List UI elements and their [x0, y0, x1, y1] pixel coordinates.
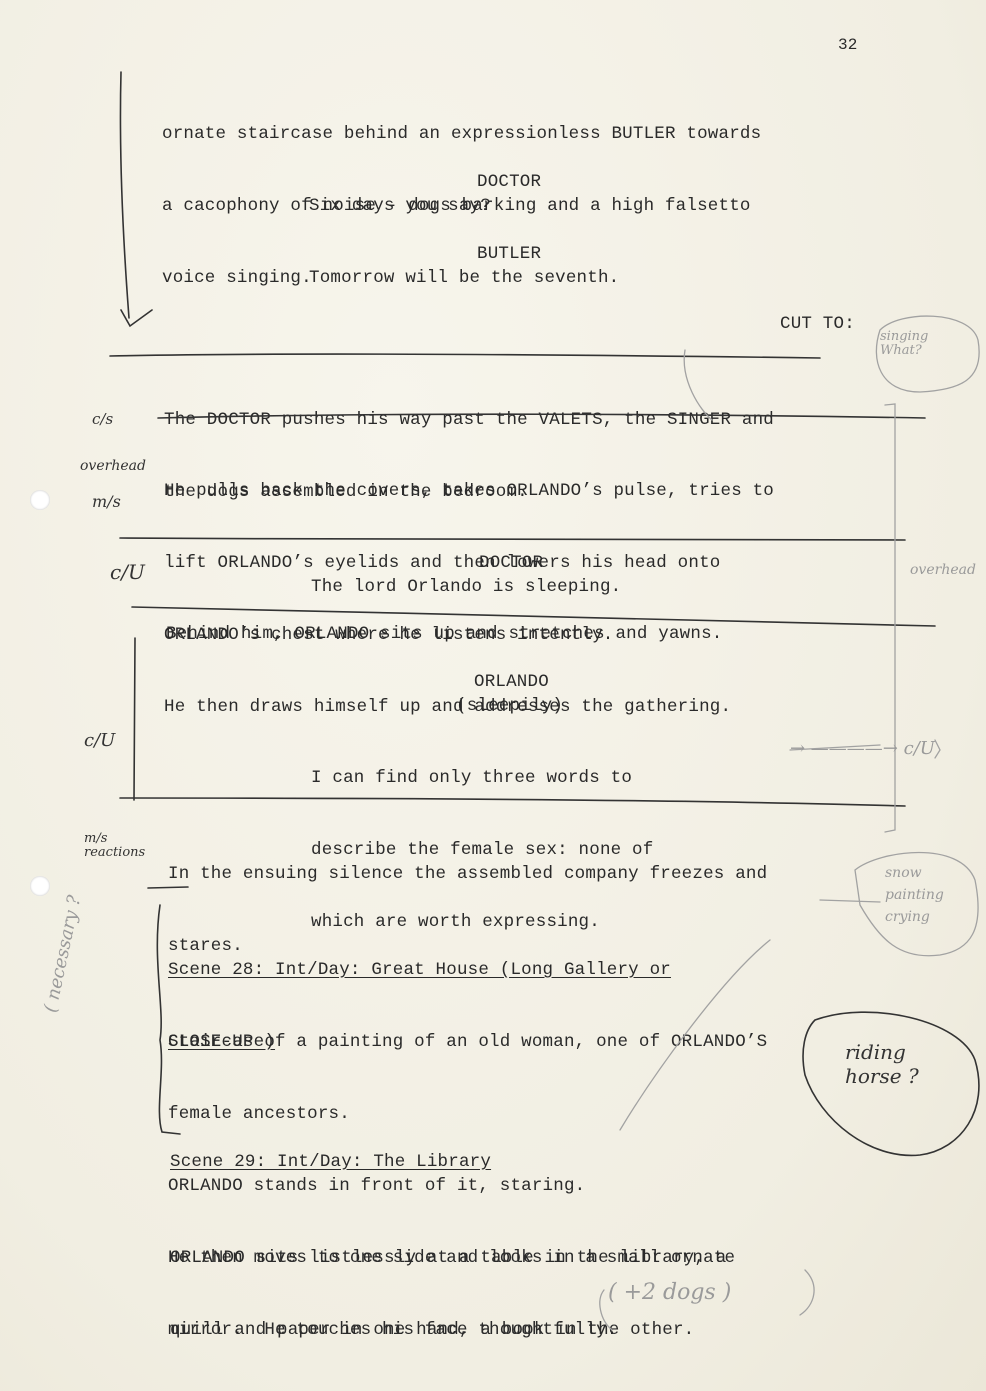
dialogue: The lord Orlando is sleeping. [311, 575, 621, 599]
line: In the ensuing silence the assembled com… [168, 862, 767, 886]
note-arrow-cu: → ————→ c/U [790, 738, 935, 759]
punch-hole [30, 876, 50, 896]
note-necessary: ( necessary ? [40, 894, 85, 1015]
note-cu: c/U [110, 560, 145, 584]
parenthetical: (sleepily) [456, 694, 563, 718]
transition: CUT TO: [780, 312, 855, 336]
note-cs: c/s [92, 410, 113, 428]
line: ornate staircase behind an expressionles… [162, 122, 761, 146]
script-page: 32 ornate staircase behind an expression… [0, 0, 986, 1391]
note-plus-two-dogs: ( +2 dogs ) [608, 1280, 731, 1305]
note-ms: m/s [92, 492, 121, 511]
page-number: 32 [838, 33, 858, 57]
note-snow-painting: snow painting crying [885, 862, 944, 928]
line: ORLANDO stands in front of it, staring. [168, 1174, 767, 1198]
line: lift ORLANDO’s eyelids and then lowers h… [164, 551, 774, 575]
line: ORLANDO sits listlessly at a table in th… [170, 1246, 727, 1270]
line: Scene 28: Int/Day: Great House (Long Gal… [168, 958, 671, 982]
note-cu: c/U [84, 730, 115, 751]
line: female ancestors. [168, 1102, 767, 1126]
character-cue: BUTLER [477, 242, 541, 266]
dialogue: Tomorrow will be the seventh. [309, 266, 619, 290]
line: quill and paper in one hand, a book in t… [170, 1318, 727, 1342]
punch-hole [30, 490, 50, 510]
note-riding-horse: riding horse ? [845, 1040, 919, 1088]
line: I can find only three words to [311, 766, 653, 790]
character-cue: DOCTOR [479, 551, 543, 575]
note-ms-reactions: m/s reactions [84, 832, 145, 860]
note-singing-what: singing What? [880, 330, 928, 358]
dialogue: Six days you say? [309, 194, 491, 218]
line: CLOSE-UP of a painting of an old woman, … [168, 1030, 767, 1054]
note-overhead: overhead [80, 458, 146, 474]
character-cue: ORLANDO [474, 670, 549, 694]
line: The DOCTOR pushes his way past the VALET… [164, 408, 774, 432]
line: He pulls back the covers, takes ORLANDO’… [164, 479, 774, 503]
note-overhead-right: overhead [910, 562, 976, 578]
character-cue: DOCTOR [477, 170, 541, 194]
action-behind: Behind him, ORLANDO sits up and stretche… [166, 622, 723, 646]
scene-29-heading: Scene 29: Int/Day: The Library [170, 1150, 491, 1174]
